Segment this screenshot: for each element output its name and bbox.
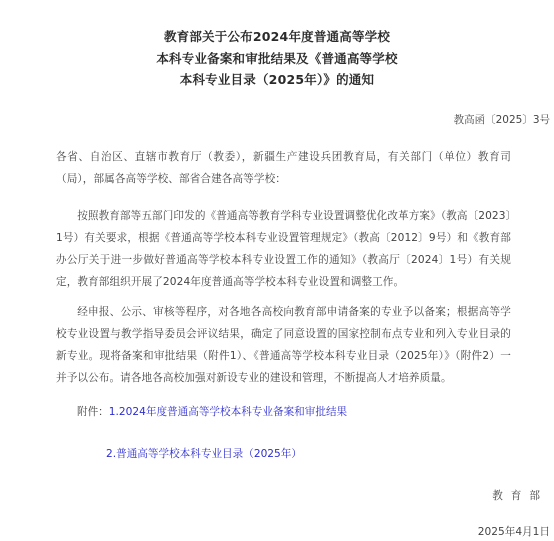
- paragraph-1: 按照教育部等五部门印发的《普通高等教育学科专业设置调整优化改革方案》（教高〔20…: [56, 205, 511, 293]
- attachment-link-2[interactable]: 2.普通高等学校本科专业目录（2025年）: [106, 448, 302, 460]
- attachment-link-1[interactable]: 1.2024年度普通高等学校本科专业备案和审批结果: [109, 406, 347, 418]
- signature: 教育部: [492, 488, 548, 503]
- attachment-row-1: 附件：1.2024年度普通高等学校本科专业备案和审批结果: [77, 404, 347, 419]
- paragraph-2: 经申报、公示、审核等程序，对各地各高校向教育部申请备案的专业予以备案；根据高等学…: [56, 301, 511, 389]
- document-title: 教育部关于公布2024年度普通高等学校 本科专业备案和审批结果及《普通高等学校 …: [0, 26, 554, 91]
- title-line-2: 本科专业备案和审批结果及《普通高等学校: [0, 48, 554, 70]
- notice-document: 教育部关于公布2024年度普通高等学校 本科专业备案和审批结果及《普通高等学校 …: [0, 0, 554, 541]
- document-number: 教高函〔2025〕3号: [454, 112, 550, 127]
- title-line-1: 教育部关于公布2024年度普通高等学校: [0, 26, 554, 48]
- title-line-3: 本科专业目录（2025年）》的通知: [0, 69, 554, 91]
- issue-date: 2025年4月1日: [478, 524, 550, 539]
- attachment-row-2: 2.普通高等学校本科专业目录（2025年）: [106, 446, 302, 461]
- attachments-label: 附件：: [77, 406, 109, 418]
- salutation: 各省、自治区、直辖市教育厅（教委），新疆生产建设兵团教育局，有关部门（单位）教育…: [56, 146, 511, 190]
